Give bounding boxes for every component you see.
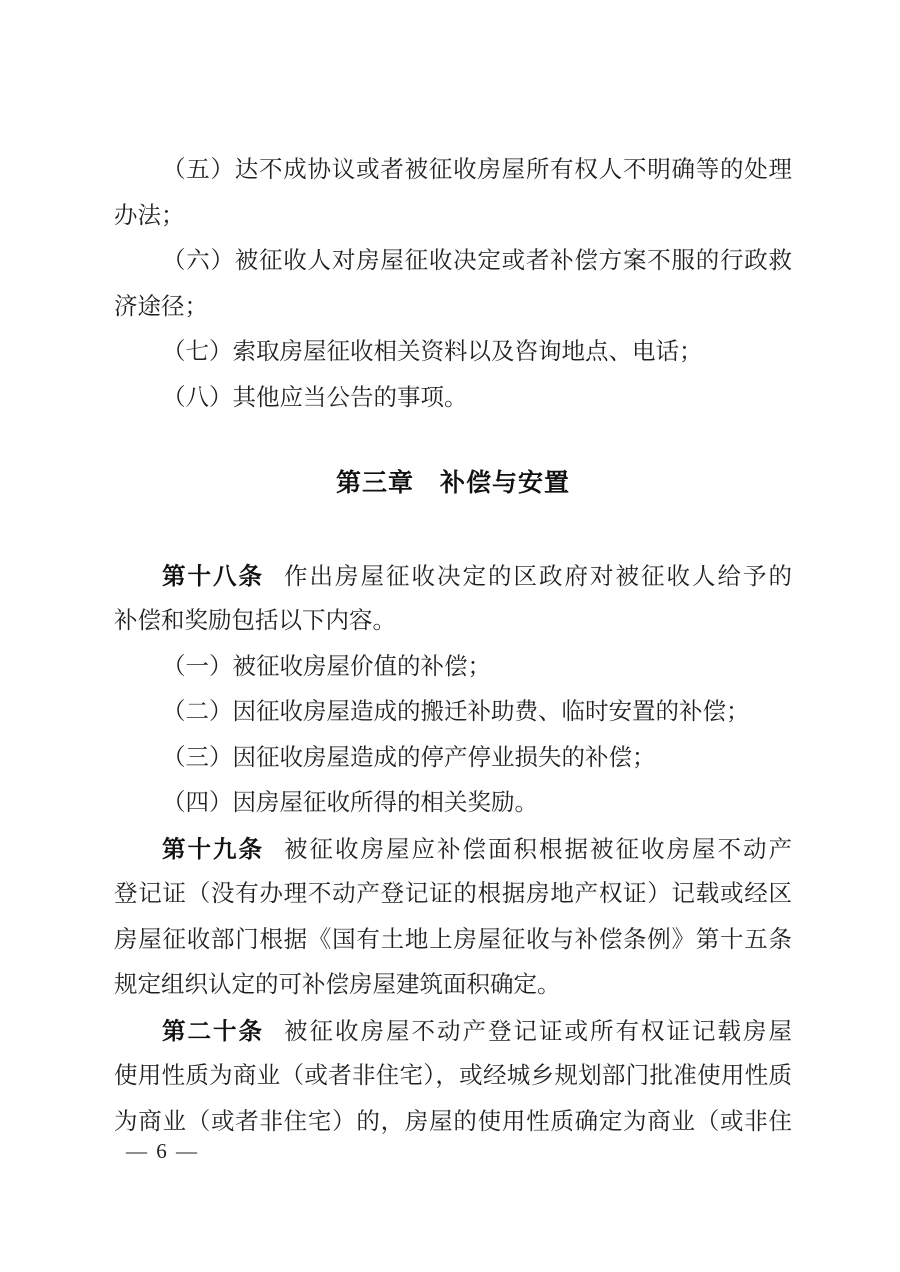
line-text: （五）达不成协议或者被征收房屋所有权人不明确等的处理 — [162, 157, 792, 183]
text-line: 为商业（或者非住宅）的，房屋的使用性质确定为商业（或非住 — [114, 1100, 792, 1146]
line-text: （六）被征收人对房屋征收决定或者补偿方案不服的行政救 — [162, 248, 792, 274]
text-line: 办法； — [114, 194, 792, 240]
line-text: 补偿和奖励包括以下内容。 — [114, 608, 396, 634]
text-line: （七）索取房屋征收相关资料以及咨询地点、电话； — [114, 330, 792, 376]
text-line: 规定组织认定的可补偿房屋建筑面积确定。 — [114, 963, 792, 1009]
article-number: 第二十条 — [162, 1018, 264, 1044]
page-number: — 6 — — [126, 1139, 199, 1164]
article-number: 第十八条 — [162, 563, 264, 589]
line-text: （二）因征收房屋造成的搬迁补助费、临时安置的补偿； — [162, 699, 750, 725]
line-text: 被征收房屋不动产登记证或所有权证记载房屋 — [284, 1019, 792, 1045]
text-line: 使用性质为商业（或者非住宅），或经城乡规划部门批准使用性质 — [114, 1054, 792, 1100]
text-line: （五）达不成协议或者被征收房屋所有权人不明确等的处理 — [114, 148, 792, 194]
line-text: 办法； — [114, 203, 185, 229]
text-line: （三）因征收房屋造成的停产停业损失的补偿； — [114, 736, 792, 782]
document-page: （五）达不成协议或者被征收房屋所有权人不明确等的处理 办法； （六）被征收人对房… — [0, 0, 900, 1272]
text-line: 济途径； — [114, 285, 792, 331]
line-text: 被征收房屋应补偿面积根据被征收房屋不动产 — [284, 837, 792, 863]
text-line: （一）被征收房屋价值的补偿； — [114, 645, 792, 691]
line-text: 使用性质为商业（或者非住宅），或经城乡规划部门批准使用性质 — [114, 1063, 792, 1089]
line-text: （七）索取房屋征收相关资料以及咨询地点、电话； — [162, 339, 703, 365]
line-text: 登记证（没有办理不动产登记证的根据房地产权证）记载或经区 — [114, 881, 792, 907]
text-line: 房屋征收部门根据《国有土地上房屋征收与补偿条例》第十五条 — [114, 918, 792, 964]
article-number: 第十九条 — [162, 836, 264, 862]
line-text: （三）因征收房屋造成的停产停业损失的补偿； — [162, 745, 656, 771]
text-line: 登记证（没有办理不动产登记证的根据房地产权证）记载或经区 — [114, 872, 792, 918]
line-text: 为商业（或者非住宅）的，房屋的使用性质确定为商业（或非住 — [114, 1109, 792, 1135]
text-line: 第十九条被征收房屋应补偿面积根据被征收房屋不动产 — [114, 827, 792, 873]
text-line: 第二十条被征收房屋不动产登记证或所有权证记载房屋 — [114, 1009, 792, 1055]
line-text: 规定组织认定的可补偿房屋建筑面积确定。 — [114, 972, 561, 998]
line-text: （八）其他应当公告的事项。 — [162, 385, 468, 411]
text-line: 补偿和奖励包括以下内容。 — [114, 599, 792, 645]
line-text: （四）因房屋征收所得的相关奖励。 — [162, 790, 538, 816]
line-text: 济途径； — [114, 294, 208, 320]
line-text: 房屋征收部门根据《国有土地上房屋征收与补偿条例》第十五条 — [114, 927, 792, 953]
text-line: （八）其他应当公告的事项。 — [114, 376, 792, 422]
document-body: （五）达不成协议或者被征收房屋所有权人不明确等的处理 办法； （六）被征收人对房… — [114, 148, 792, 1145]
text-line: （二）因征收房屋造成的搬迁补助费、临时安置的补偿； — [114, 690, 792, 736]
line-text: 作出房屋征收决定的区政府对被征收人给予的 — [284, 564, 792, 590]
text-line: （六）被征收人对房屋征收决定或者补偿方案不服的行政救 — [114, 239, 792, 285]
chapter-heading: 第三章 补偿与安置 — [114, 461, 792, 507]
text-line: 第十八条作出房屋征收决定的区政府对被征收人给予的 — [114, 554, 792, 600]
text-line: （四）因房屋征收所得的相关奖励。 — [114, 781, 792, 827]
line-text: （一）被征收房屋价值的补偿； — [162, 654, 491, 680]
